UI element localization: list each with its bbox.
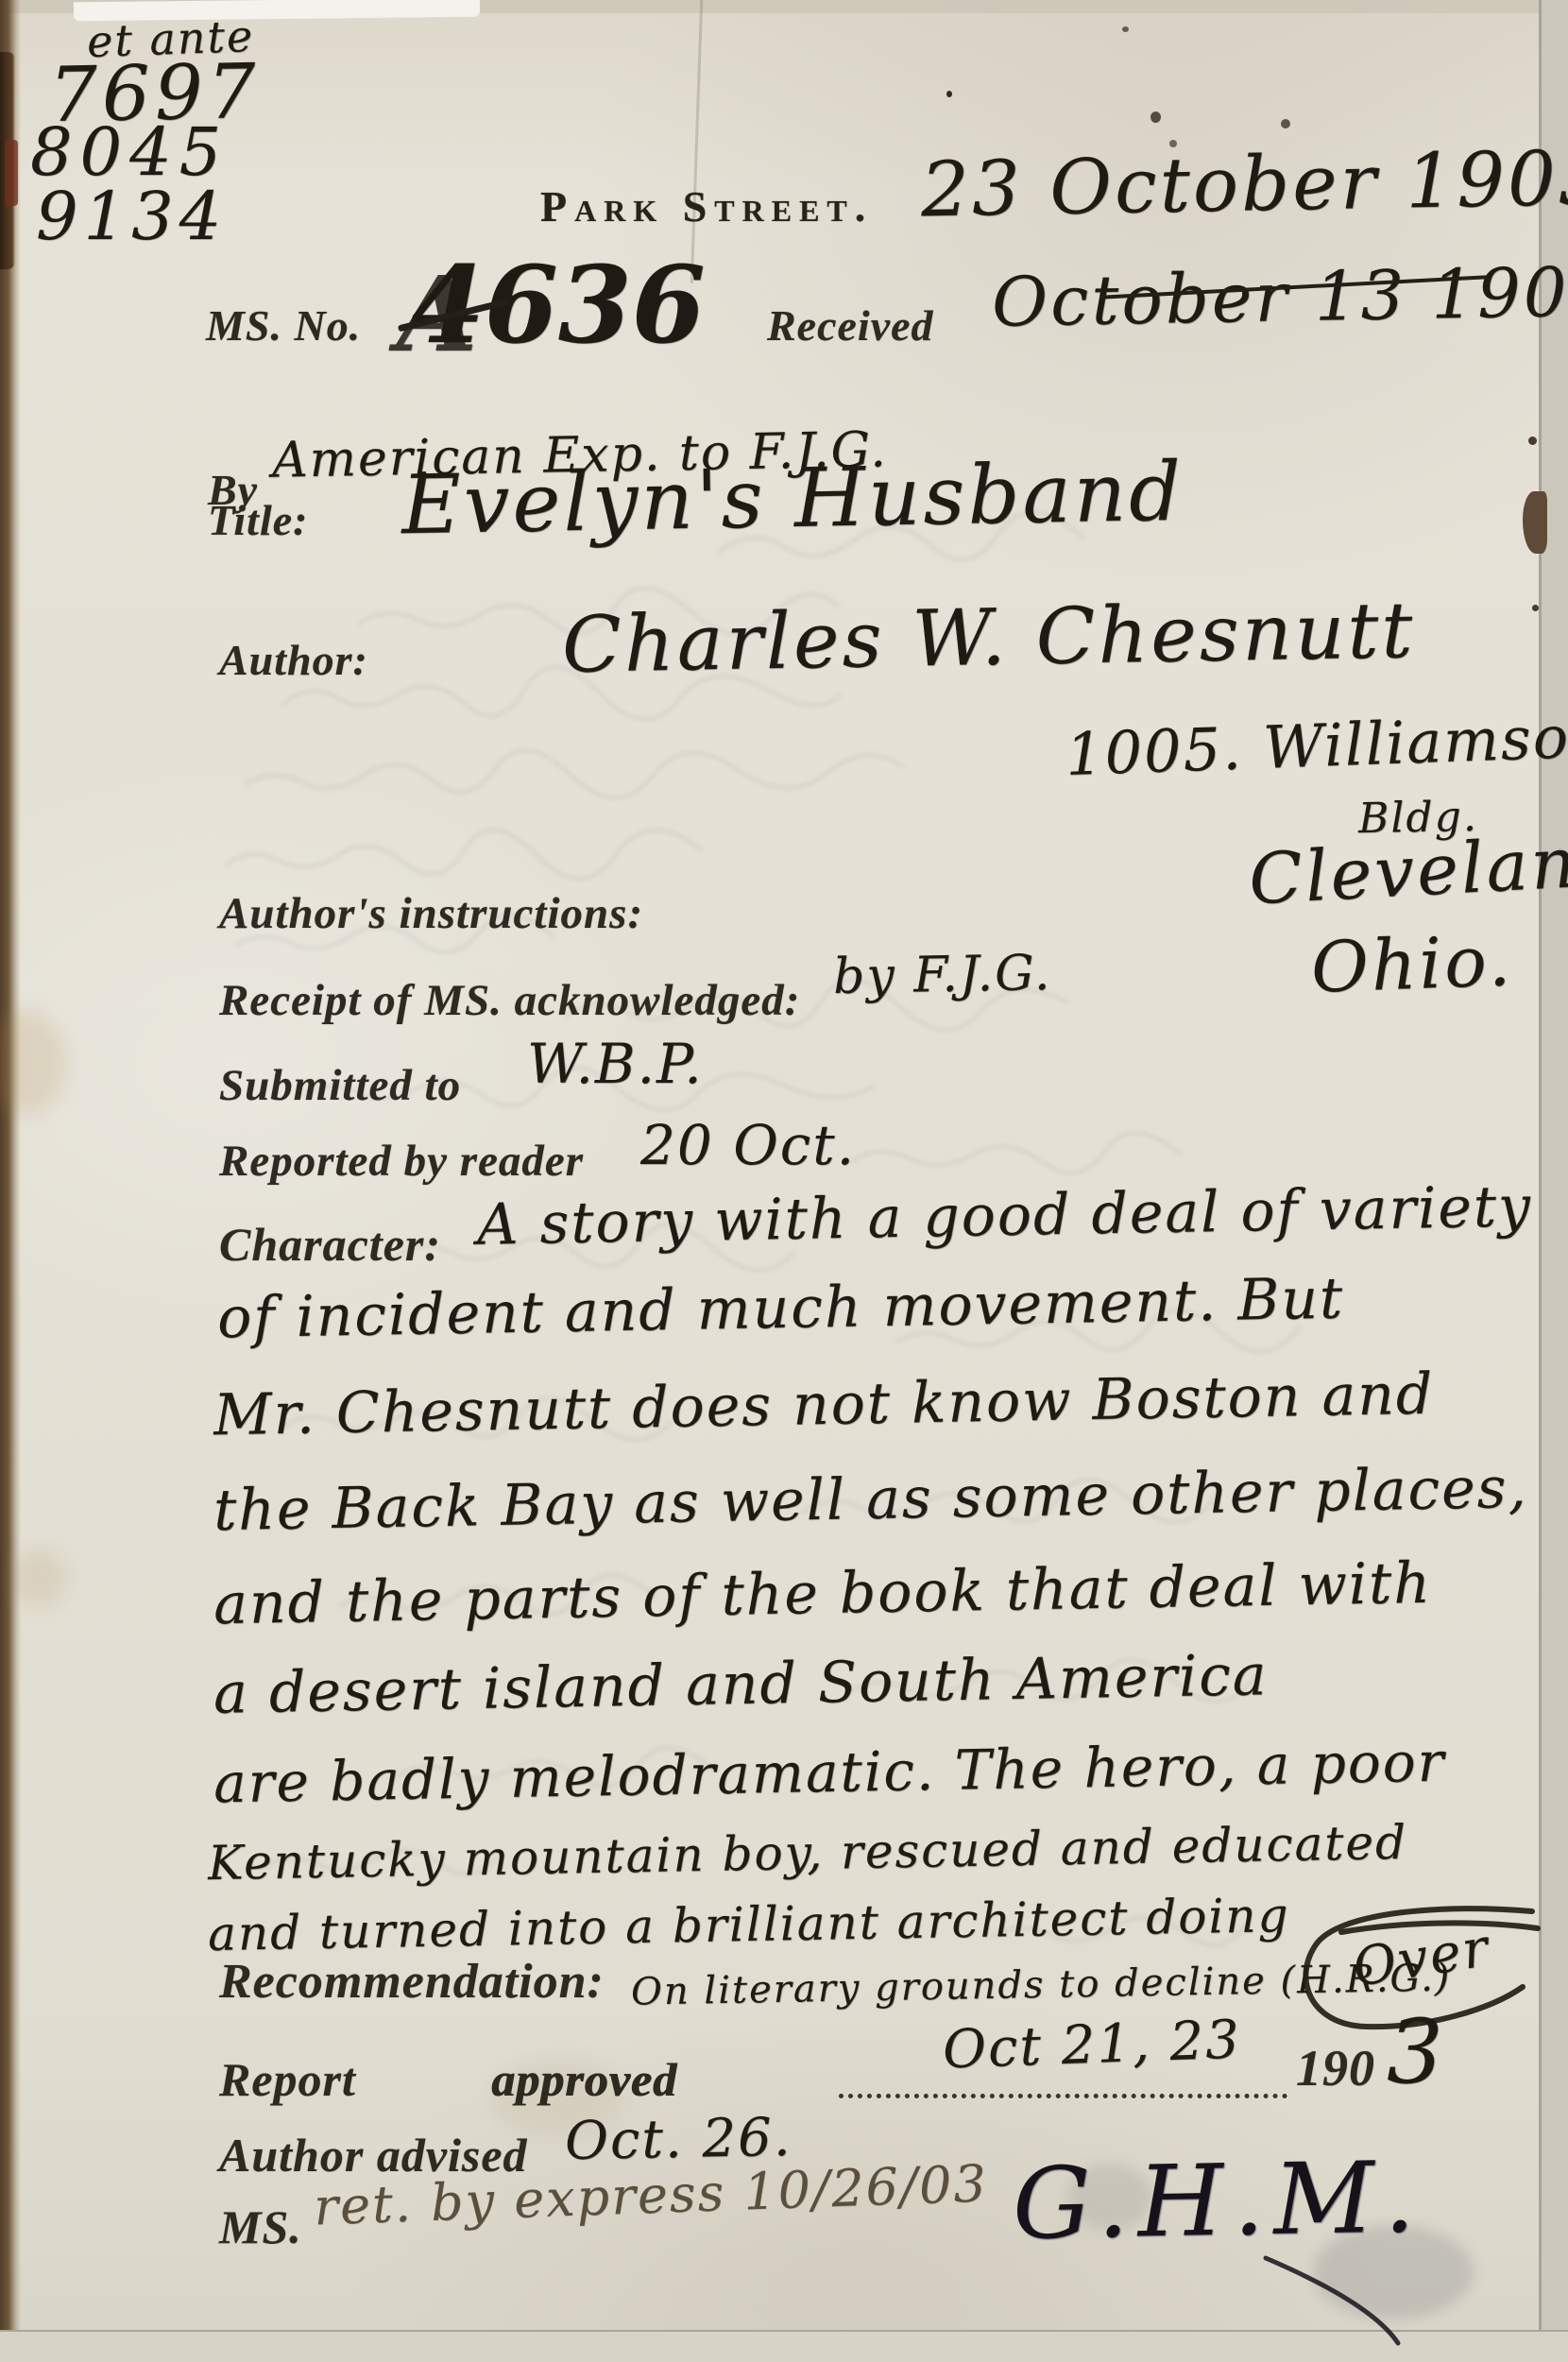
handwritten-title-value: Evelyn's Husband — [401, 445, 1185, 553]
handwritten-character-line: Kentucky mountain boy, rescued and educa… — [208, 1815, 1408, 1891]
ms-no-label: MS. No. — [206, 300, 361, 351]
handwritten-reported-value: 20 Oct. — [640, 1113, 856, 1177]
author-label: Author: — [219, 635, 368, 685]
title-label: Title: — [208, 495, 308, 545]
torn-left-edge — [0, 0, 21, 2362]
ms-returned-label: MS. — [219, 2199, 302, 2254]
handwritten-signature: G.H.M. — [1012, 2139, 1425, 2262]
margin-number: 9134 — [36, 178, 227, 255]
handwritten-character-line: A story with a good deal of variety — [476, 1173, 1532, 1258]
handwritten-receipt-value: by F.J.G. — [832, 945, 1051, 1005]
received-label: Received — [767, 300, 934, 351]
handwritten-submitted-value: W.B.P. — [527, 1032, 704, 1096]
handwritten-address-street: 1005. Williamson — [1065, 701, 1568, 789]
handwritten-year-digit: 3 — [1387, 2001, 1445, 2104]
recommendation-label: Recommendation: — [219, 1954, 605, 2010]
submitted-label: Submitted to — [219, 1060, 461, 1111]
torn-left-edge-red-sliver — [5, 140, 18, 206]
handwritten-character-line: a desert island and South America — [213, 1642, 1269, 1726]
ink-speck — [1150, 111, 1161, 123]
author-instructions-label: Author's instructions: — [219, 888, 643, 939]
handwritten-address-state: Ohio. — [1310, 920, 1515, 1008]
handwritten-approved-date: Oct 21, 23 — [942, 2010, 1242, 2081]
paper-stain — [0, 1011, 66, 1115]
ink-speck — [1122, 26, 1129, 32]
receipt-label: Receipt of MS. acknowledged: — [219, 975, 800, 1026]
right-edge-speck — [1528, 436, 1537, 445]
handwritten-character-line: Mr. Chesnutt does not know Boston and — [213, 1361, 1434, 1449]
printed-year-prefix: 190 — [1296, 2039, 1375, 2097]
handwritten-author-value: Charles W. Chesnutt — [561, 586, 1416, 691]
handwritten-received-date: October 13 1903 — [991, 251, 1568, 342]
handwritten-address-city: Cleveland — [1247, 820, 1568, 921]
handwritten-character-line: and turned into a brilliant architect do… — [208, 1888, 1290, 1961]
underlying-surface-bottom — [0, 2332, 1568, 2362]
ink-speck — [946, 91, 952, 97]
approved-label: approved — [491, 2052, 677, 2107]
right-page-edge — [1539, 0, 1568, 2362]
report-label: Report — [219, 2052, 356, 2107]
handwritten-recommendation-value: On literary grounds to decline (H.R.G.) — [631, 1956, 1452, 2013]
manuscript-record-card: et ante 7697 8045 9134 Park Street. 23 O… — [0, 0, 1568, 2362]
paper-stain — [9, 1549, 66, 1606]
right-edge-speck — [1532, 605, 1539, 611]
handwritten-over-note: Over — [1349, 1917, 1494, 1999]
handwritten-header-date: 23 October 1903 — [920, 134, 1568, 234]
paper-crease — [690, 0, 703, 283]
office-heading: Park Street. — [540, 181, 873, 231]
right-edge-tear — [1523, 491, 1547, 554]
handwritten-character-line: are badly melodramatic. The hero, a poor — [213, 1730, 1446, 1816]
ink-speck — [1281, 119, 1290, 128]
handwritten-character-line: of incident and much movement. But — [216, 1266, 1344, 1352]
handwritten-character-line: and the parts of the book that deal with — [213, 1550, 1432, 1638]
handwritten-character-line: the Back Bay as well as some other place… — [213, 1455, 1528, 1544]
reported-label: Reported by reader — [219, 1136, 584, 1187]
character-label: Character: — [219, 1217, 441, 1272]
